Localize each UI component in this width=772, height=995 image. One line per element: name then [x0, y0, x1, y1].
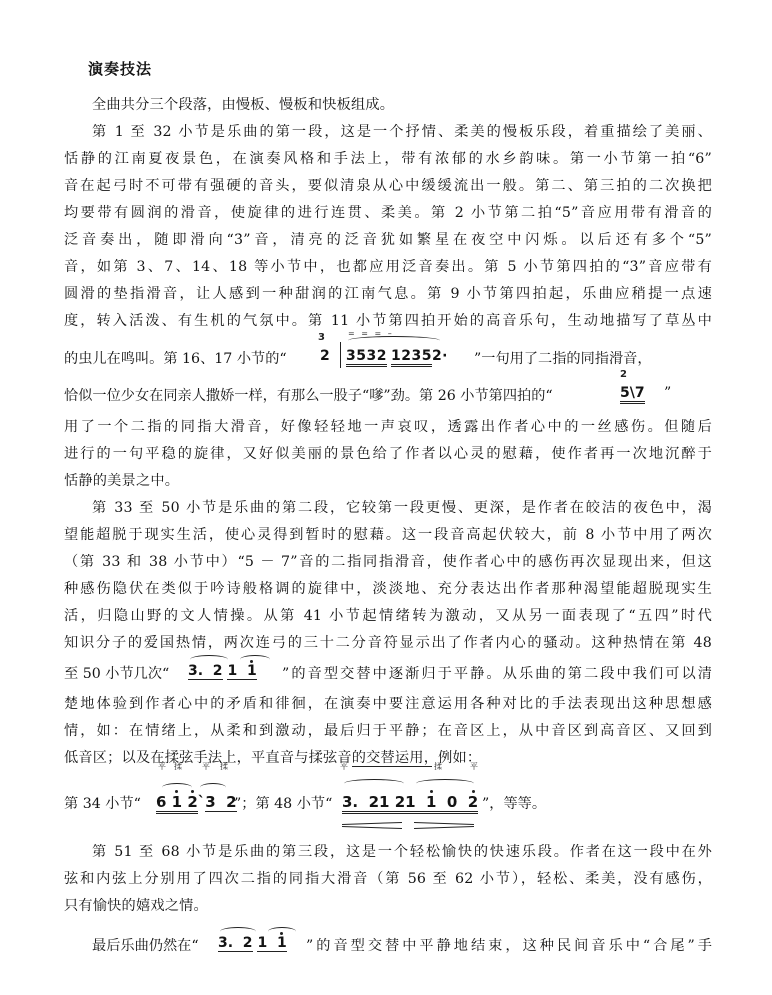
end-text: ”，等等。: [482, 793, 546, 813]
paragraph-line: 音，如第 3、7、14、18 等小节中，也都应用泛音奏出。第 5 小节第四拍的“…: [64, 257, 712, 277]
paragraph-line: 圆滑的垫指滑音，让人感到一种甜润的江南气息。第 9 小节第四拍起，乐曲应稍提一点…: [64, 284, 712, 304]
mark-ping: 平: [202, 763, 210, 771]
slur: [344, 779, 404, 788]
m34-label: 第 34 小节“: [64, 793, 141, 813]
text-before: 的虫儿在鸣叫。第 16、17 小节的“: [64, 348, 287, 368]
m48-notes: 3. 21 21 1 0 2: [342, 793, 478, 811]
text-after: ”一句用了二指的同指滑音，: [474, 348, 652, 368]
paragraph-line: 度，转入活泼、有生机的气氛中。第 11 小节第四拍开始的高音乐句，生动地描写了草…: [64, 311, 712, 331]
paragraph-line: 楚地体验到作者心中的矛盾和徘徊，在演奏中要注意运用各种对比的手法表现出这种思想感: [64, 694, 712, 714]
paragraph-line: 第 33 至 50 小节是乐曲的第二段，它较第一段更慢、更深，是作者在皎洁的夜色…: [92, 498, 712, 518]
pattern-notes: 3. 2 1 1: [218, 935, 287, 951]
bar-line: [340, 342, 341, 368]
text-before: 最后乐曲仍然在“: [92, 935, 199, 955]
paragraph-line: （第 33 和 38 小节中）“5̇ － 7”音的二指同指滑音，使作者心中的感伤…: [64, 552, 712, 572]
grace-note: 2: [620, 371, 627, 379]
decrescendo-line: [414, 822, 474, 825]
paragraph-line: 第 1 至 32 小节是乐曲的第一段，这是一个抒情、柔美的慢板乐段，着重描绘了美…: [92, 122, 712, 142]
paragraph-line: 知识分子的爱国热情，两次连弓的三十二分音符显示出了作者内心的骚动。这种热情在第 …: [64, 633, 712, 653]
pattern-notes: 3. 2 1 1: [188, 663, 257, 679]
paragraph-line: 望能超脱于现实生活，使心灵得到暂时的慰藉。这一段音高起伏较大，前 8 小节中用了…: [64, 525, 712, 545]
slur: [416, 779, 474, 788]
document-page: 演奏技法 全曲共分三个段落，由慢板、慢板和快板组成。 第 1 至 32 小节是乐…: [0, 0, 772, 995]
phrase-notes: 353212352·: [346, 348, 448, 364]
slide-notes: 5\7: [620, 385, 645, 404]
paragraph-line: 活，归隐山野的文人情操。从第 41 小节起情绪转为激动，又从另一面表现了“五四”…: [64, 606, 712, 626]
paragraph-line: 全曲共分三个段落，由慢板、慢板和快板组成。: [92, 95, 712, 115]
fingering-marks: = = = –: [348, 330, 394, 338]
mark-ping: 平: [470, 763, 478, 771]
paragraph-line: 种感伤隐伏在类似于吟诗般格调的旋律中，淡淡地、充分表达出作者那种渴望能超脱现实生: [64, 579, 712, 599]
slur: [200, 783, 226, 792]
notation-line-last: 最后乐曲仍然在“ 3. 2 1 1 ”的音型交替中平静地结束，这种民间音乐中“合…: [92, 935, 712, 959]
paragraph-line: 均要带有圆润的滑音，使旋律的进行连贯、柔美。第 2 小节第二拍“5̇”音应用带有…: [64, 203, 712, 223]
paragraph-line: 进行的一句平稳的旋律，又好似美丽的景色给了作者以心灵的慰藉，使作者再一次地沉醉于: [64, 444, 712, 464]
paragraph-line: 情，如：在情绪上，从柔和到激动，最后归于平静；在音区上，从中音区到高音区、又回到: [64, 721, 712, 741]
text-after: ”的音型交替中逐渐归于平静。从乐曲的第二段中我们可以清: [282, 663, 712, 683]
decrescendo-line: [414, 826, 474, 829]
notation-line-m48: 至 50 小节几次“ 3. 2 1 1 ”的音型交替中逐渐归于平静。从乐曲的第二…: [64, 663, 712, 687]
grace-note: 3: [318, 334, 325, 342]
mark-ping: 平: [158, 763, 166, 771]
separator-text: ”；第 48 小节“: [234, 793, 332, 813]
paragraph-line: 弦和内弦上分别用了四次二指的同指大滑音（第 56 至 62 小节），轻松、柔美，…: [64, 869, 712, 889]
mark-rou: 揉: [174, 763, 182, 771]
notation-line-m16: 的虫儿在鸣叫。第 16、17 小节的“ 3 2 = = = – 35321235…: [64, 348, 712, 372]
mark-rou: 揉: [220, 763, 228, 771]
extension-line: [352, 766, 432, 767]
paragraph-line: 恬静的江南夏夜景色，在演奏风格和手法上，带有浓郁的水乡韵味。第一小节第一拍“6”: [64, 149, 712, 169]
paragraph-line: 音在起弓时不可带有强硬的音头，要似清泉从心中缓缓流出一般。第二、第三拍的二次换把: [64, 176, 712, 196]
notation-example: 第 34 小节“ 平 揉 平 揉 6 1 2`3 2 ”；第 48 小节“ 平 …: [64, 793, 712, 823]
crescendo-line: [342, 826, 402, 829]
text-after: ”: [664, 385, 671, 401]
main-note: 2: [320, 348, 330, 364]
paragraph-line: 泛音奏出，随即滑向“3̇”音，清亮的泛音犹如繁星在夜空中闪烁。以后还有多个“5̇…: [64, 230, 712, 250]
paragraph-line: 只有愉快的嬉戏之情。: [64, 896, 712, 916]
section-title: 演奏技法: [88, 58, 152, 79]
text-after: ”的音型交替中平静地结束，这种民间音乐中“合尾”手: [306, 935, 712, 955]
paragraph-line: 用了一个二指的同指大滑音，好像轻轻地一声哀叹，透露出作者心中的一丝感伤。但随后: [64, 417, 712, 437]
mark-rou: 揉: [434, 763, 442, 771]
paragraph-line: 恬静的美景之中。: [64, 471, 712, 491]
text-before: 至 50 小节几次“: [64, 663, 169, 683]
notation-line-m26: 恰似一位少女在同亲人撒娇一样，有那么一股子“嗲”劲。第 26 小节第四拍的“ 2…: [64, 385, 712, 409]
crescendo-line: [342, 822, 402, 825]
m34-notes: 6 1 2`3 2: [156, 793, 237, 811]
mark-ping: 平: [340, 763, 348, 771]
text-before: 恰似一位少女在同亲人撒娇一样，有那么一股子“嗲”劲。第 26 小节第四拍的“: [64, 385, 553, 405]
paragraph-line: 第 51 至 68 小节是乐曲的第三段，这是一个轻松愉快的快速乐段。作者在这一段…: [92, 842, 712, 862]
